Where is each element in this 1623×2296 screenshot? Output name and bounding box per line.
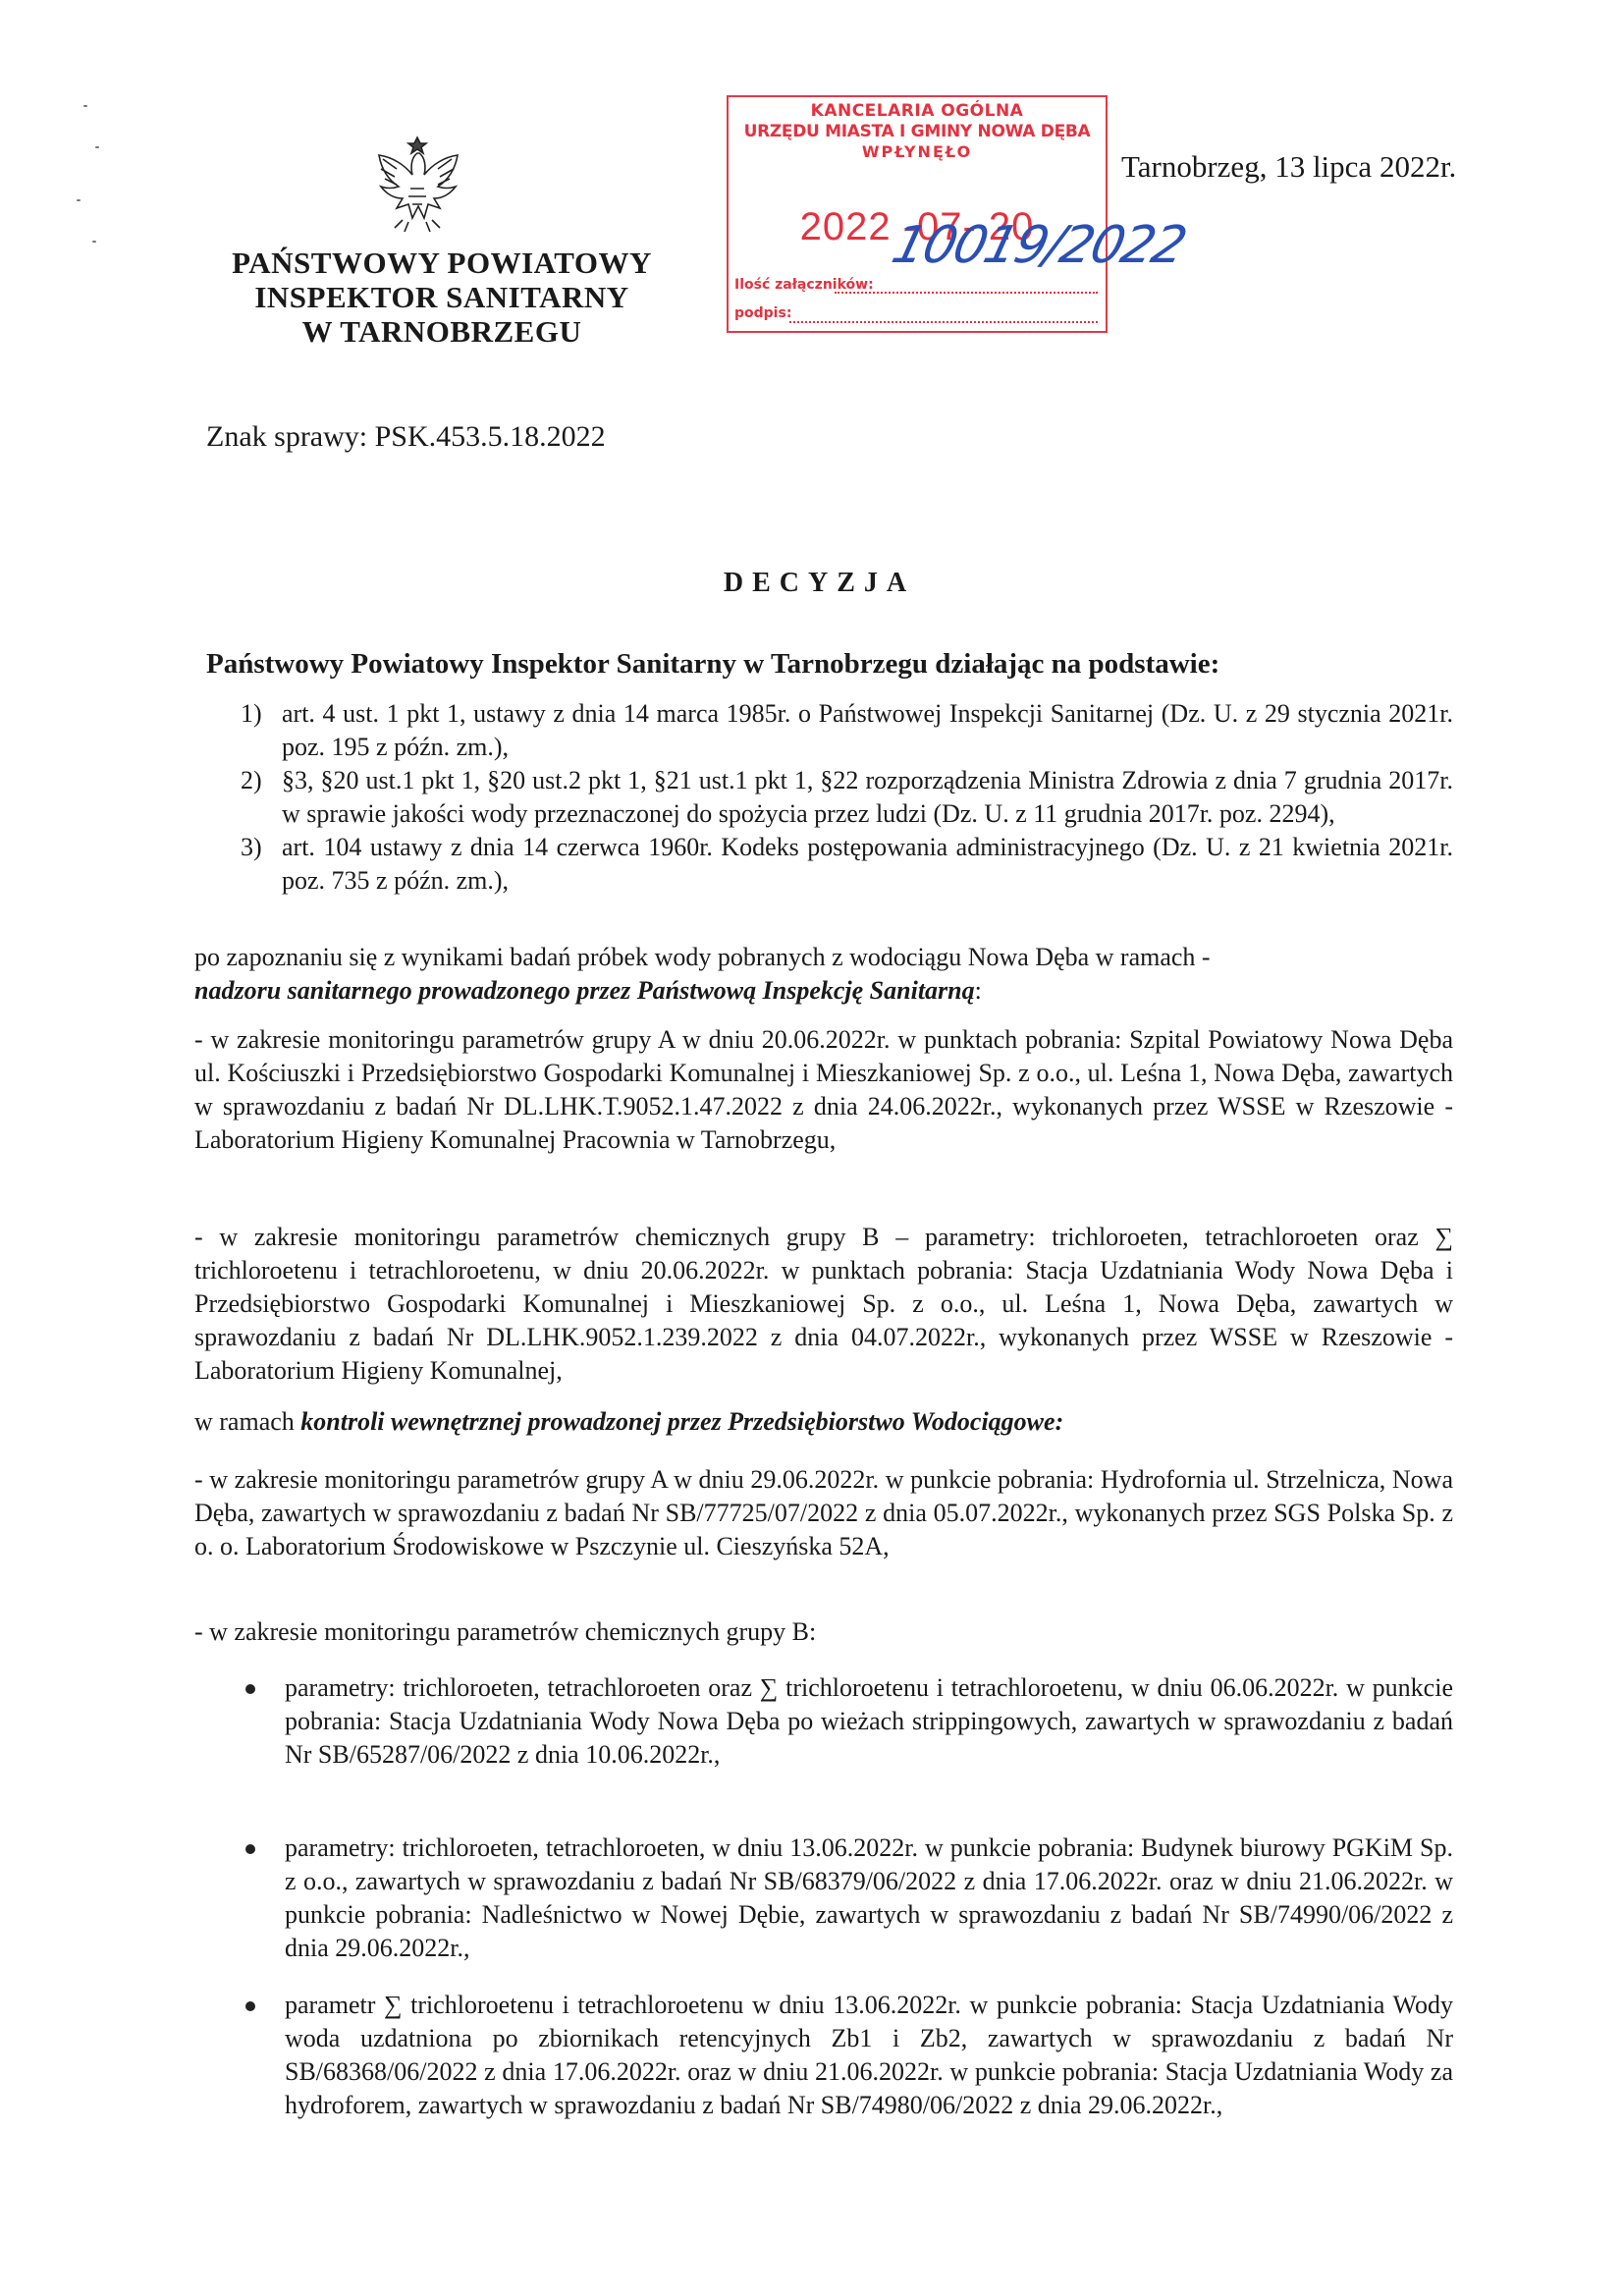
office-name-line: INSPEKTOR SANITARNY xyxy=(211,280,673,314)
case-reference: Znak sprawy: PSK.453.5.18.2022 xyxy=(206,420,606,454)
internal-emphasis: kontroli wewnętrznej prowadzonej przez P… xyxy=(300,1407,1063,1436)
internal-item: - w zakresie monitoringu parametrów chem… xyxy=(194,1615,1453,1649)
office-name-line: W TARNOBRZEGU xyxy=(211,314,673,349)
stamp-line-1: KANCELARIA OGÓLNA xyxy=(729,101,1106,121)
group-b-bullet-text: parametry: trichloroeten, tetrachloroete… xyxy=(285,1673,1453,1769)
stamp-signature-line xyxy=(789,321,1098,323)
group-b-bullet-list: parametry: trichloroeten, tetrachloroete… xyxy=(243,1831,1453,1965)
bullet-icon xyxy=(245,2001,255,2011)
stamp-attachments-line xyxy=(835,292,1098,294)
review-lead: po zapoznaniu się z wynikami badań próbe… xyxy=(194,943,1211,971)
legal-basis-item: 2) §3, §20 ust.1 pkt 1, §20 ust.2 pkt 1,… xyxy=(241,764,1453,831)
bullet-icon xyxy=(245,1844,255,1854)
group-b-bullet-text: parametry: trichloroeten, tetrachloroete… xyxy=(285,1833,1453,1962)
legal-basis-number: 3) xyxy=(241,831,262,864)
scan-speck xyxy=(83,105,87,107)
scan-speck xyxy=(92,241,96,243)
office-name: PAŃSTWOWY POWIATOWY INSPEKTOR SANITARNY … xyxy=(211,246,673,349)
received-stamp: KANCELARIA OGÓLNA URZĘDU MIASTA I GMINY … xyxy=(727,95,1108,333)
internal-control-heading: w ramach kontroli wewnętrznej prowadzone… xyxy=(194,1405,1453,1439)
bullet-icon xyxy=(245,1684,255,1694)
legal-basis-item: 1) art. 4 ust. 1 pkt 1, ustawy z dnia 14… xyxy=(241,697,1453,764)
group-b-bullet-list: parametr ∑ trichloroetenu i tetrachloroe… xyxy=(243,1989,1453,2122)
legal-basis-text: §3, §20 ust.1 pkt 1, §20 ust.2 pkt 1, §2… xyxy=(282,766,1453,828)
intro-heading: Państwowy Powiatowy Inspektor Sanitarny … xyxy=(206,648,1219,681)
legal-basis-list: 1) art. 4 ust. 1 pkt 1, ustawy z dnia 14… xyxy=(241,697,1453,898)
supervision-item: - w zakresie monitoringu parametrów grup… xyxy=(194,1023,1453,1157)
group-b-bullet: parametry: trichloroeten, tetrachloroete… xyxy=(243,1831,1453,1965)
stamp-line-3: WPŁYNĘŁO xyxy=(729,142,1106,161)
review-paragraph: po zapoznaniu się z wynikami badań próbe… xyxy=(194,941,1453,1008)
scan-speck xyxy=(77,199,81,201)
group-b-bullet: parametr ∑ trichloroetenu i tetrachloroe… xyxy=(243,1989,1453,2122)
legal-basis-number: 2) xyxy=(241,764,262,797)
stamp-signature-label: podpis: xyxy=(734,305,791,321)
polish-eagle-emblem-icon xyxy=(363,130,471,238)
stamp-line-2: URZĘDU MIASTA I GMINY NOWA DĘBA xyxy=(729,122,1106,141)
office-name-line: PAŃSTWOWY POWIATOWY xyxy=(211,246,673,280)
legal-basis-text: art. 104 ustawy z dnia 14 czerwca 1960r.… xyxy=(282,833,1453,895)
group-b-bullet-list: parametry: trichloroeten, tetrachloroete… xyxy=(243,1671,1453,1772)
scan-speck xyxy=(95,146,99,148)
supervision-item: - w zakresie monitoringu parametrów chem… xyxy=(194,1221,1453,1388)
legal-basis-number: 1) xyxy=(241,697,262,731)
review-tail: : xyxy=(975,976,982,1005)
group-b-bullet-text: parametr ∑ trichloroetenu i tetrachloroe… xyxy=(285,1991,1453,2119)
stamp-attachments-label: Ilość załączników: xyxy=(734,277,874,293)
review-emphasis: nadzoru sanitarnego prowadzonego przez P… xyxy=(194,976,975,1005)
document-title: DECYZJA xyxy=(0,568,1623,599)
place-date: Tarnobrzeg, 13 lipca 2022r. xyxy=(1121,149,1456,185)
group-b-bullet: parametry: trichloroeten, tetrachloroete… xyxy=(243,1671,1453,1772)
internal-item: - w zakresie monitoringu parametrów grup… xyxy=(194,1463,1453,1563)
internal-lead: w ramach xyxy=(194,1407,300,1436)
handwritten-registry-number: 10019/2022 xyxy=(887,216,1191,275)
legal-basis-text: art. 4 ust. 1 pkt 1, ustawy z dnia 14 ma… xyxy=(282,699,1453,761)
legal-basis-item: 3) art. 104 ustawy z dnia 14 czerwca 196… xyxy=(241,831,1453,898)
